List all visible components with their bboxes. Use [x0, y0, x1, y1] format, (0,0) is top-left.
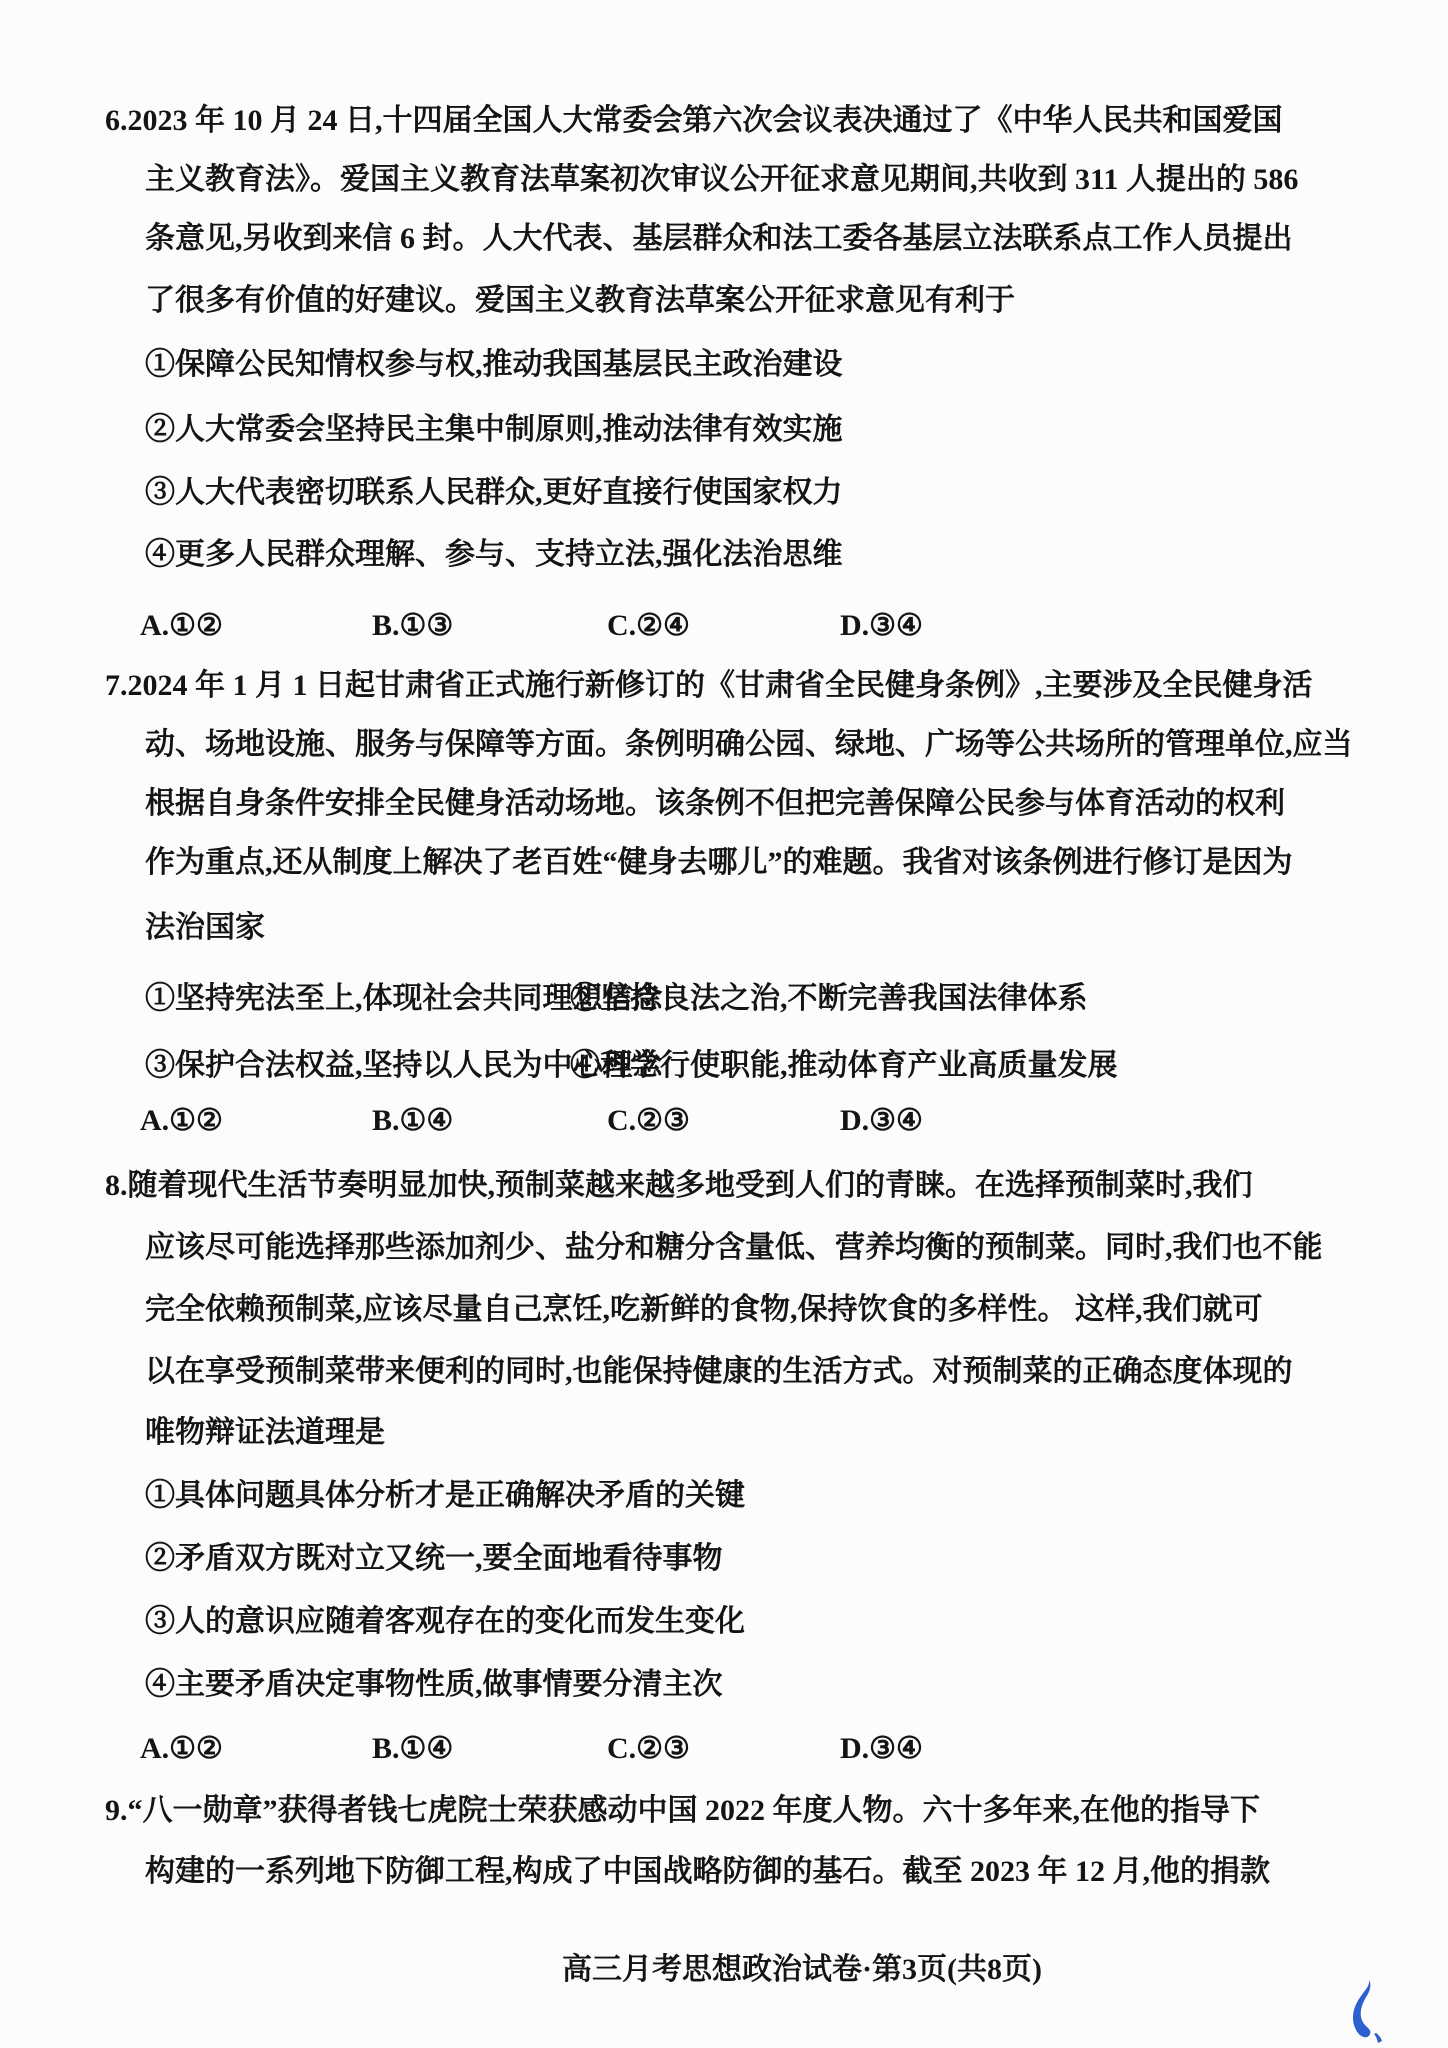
exam-paper-page: 6.2023 年 10 月 24 日,十四届全国人大常委会第六次会议表决通过了《…	[0, 0, 1448, 2048]
question-7-option-4: ④科学行使职能,推动体育产业高质量发展	[570, 1040, 1118, 1084]
question-8-choice-c: C.②③	[607, 1731, 690, 1766]
question-7-stem-line-1: 7.2024 年 1 月 1 日起甘肃省正式施行新修订的《甘肃省全民健身条例》,…	[105, 668, 1313, 704]
question-8-choice-a: A.①②	[140, 1731, 223, 1766]
question-9-stem-line-2: 构建的一系列地下防御工程,构成了中国战略防御的基石。截至 2023 年 12 月…	[145, 1854, 1270, 1890]
question-7-choice-b: B.①④	[372, 1103, 453, 1138]
question-9-stem-line-1: 9.“八一勋章”获得者钱七虎院士荣获感动中国 2022 年度人物。六十多年来,在…	[105, 1793, 1260, 1829]
question-7-stem-line-4: 作为重点,还从制度上解决了老百姓“健身去哪儿”的难题。我省对该条例进行修订是因为	[145, 845, 1293, 881]
question-7-stem-line-5: 法治国家	[145, 910, 265, 946]
question-8-stem-line-1: 8.随着现代生活节奏明显加快,预制菜越来越多地受到人们的青睐。在选择预制菜时,我…	[105, 1168, 1253, 1204]
question-7-choices-row: A.①② B.①④ C.②③ D.③④	[140, 1103, 1320, 1145]
question-7-choice-c: C.②③	[607, 1103, 690, 1138]
question-6-stem-line-2: 主义教育法》。爱国主义教育法草案初次审议公开征求意见期间,共收到 311 人提出…	[145, 162, 1298, 198]
question-6-choice-a: A.①②	[140, 608, 223, 643]
question-6-option-2: ②人大常委会坚持民主集中制原则,推动法律有效实施	[145, 412, 843, 448]
blue-ink-mark-icon	[1338, 1980, 1390, 2046]
question-6-choice-b: B.①③	[372, 608, 453, 643]
question-8-option-1: ①具体问题具体分析才是正确解决矛盾的关键	[145, 1478, 745, 1514]
question-7-option-2: ②坚持良法之治,不断完善我国法律体系	[570, 973, 1088, 1017]
question-6-option-1: ①保障公民知情权参与权,推动我国基层民主政治建设	[145, 347, 843, 383]
question-6-choice-c: C.②④	[607, 608, 690, 643]
question-7-choice-a: A.①②	[140, 1103, 223, 1138]
question-8-choices-row: A.①② B.①④ C.②③ D.③④	[140, 1731, 1320, 1773]
question-8-choice-d: D.③④	[840, 1731, 923, 1766]
question-8-option-3: ③人的意识应随着客观存在的变化而发生变化	[145, 1604, 745, 1640]
question-8-option-4: ④主要矛盾决定事物性质,做事情要分清主次	[145, 1667, 723, 1703]
question-6-choice-d: D.③④	[840, 608, 923, 643]
question-7-choice-d: D.③④	[840, 1103, 923, 1138]
question-8-stem-line-4: 以在享受预制菜带来便利的同时,也能保持健康的生活方式。对预制菜的正确态度体现的	[145, 1354, 1293, 1390]
question-8-choice-b: B.①④	[372, 1731, 453, 1766]
question-8-stem-line-2: 应该尽可能选择那些添加剂少、盐分和糖分含量低、营养均衡的预制菜。同时,我们也不能	[145, 1230, 1323, 1266]
question-7-stem-line-3: 根据自身条件安排全民健身活动场地。该条例不但把完善保障公民参与体育活动的权利	[145, 786, 1285, 822]
question-8-stem-line-3: 完全依赖预制菜,应该尽量自己烹饪,吃新鲜的食物,保持饮食的多样性。 这样,我们就…	[145, 1292, 1263, 1328]
question-6-choices-row: A.①② B.①③ C.②④ D.③④	[140, 608, 1320, 650]
question-6-stem-line-4: 了很多有价值的好建议。爱国主义教育法草案公开征求意见有利于	[145, 283, 1015, 319]
question-6-option-4: ④更多人民群众理解、参与、支持立法,强化法治思维	[145, 537, 843, 573]
question-8-stem-line-5: 唯物辩证法道理是	[145, 1415, 385, 1451]
question-7-options-row-1: ①坚持宪法至上,体现社会共同理想信念 ②坚持良法之治,不断完善我国法律体系	[145, 973, 1325, 1015]
question-7-stem-line-2: 动、场地设施、服务与保障等方面。条例明确公园、绿地、广场等公共场所的管理单位,应…	[145, 727, 1353, 763]
page-footer: 高三月考思想政治试卷·第3页(共8页)	[562, 1944, 1042, 1988]
question-6-option-3: ③人大代表密切联系人民群众,更好直接行使国家权力	[145, 475, 843, 511]
question-8-option-2: ②矛盾双方既对立又统一,要全面地看待事物	[145, 1541, 723, 1577]
question-6-stem-line-3: 条意见,另收到来信 6 封。人大代表、基层群众和法工委各基层立法联系点工作人员提…	[145, 221, 1293, 257]
question-6-stem-line-1: 6.2023 年 10 月 24 日,十四届全国人大常委会第六次会议表决通过了《…	[105, 103, 1283, 139]
question-7-options-row-2: ③保护合法权益,坚持以人民为中心理念 ④科学行使职能,推动体育产业高质量发展	[145, 1040, 1325, 1082]
